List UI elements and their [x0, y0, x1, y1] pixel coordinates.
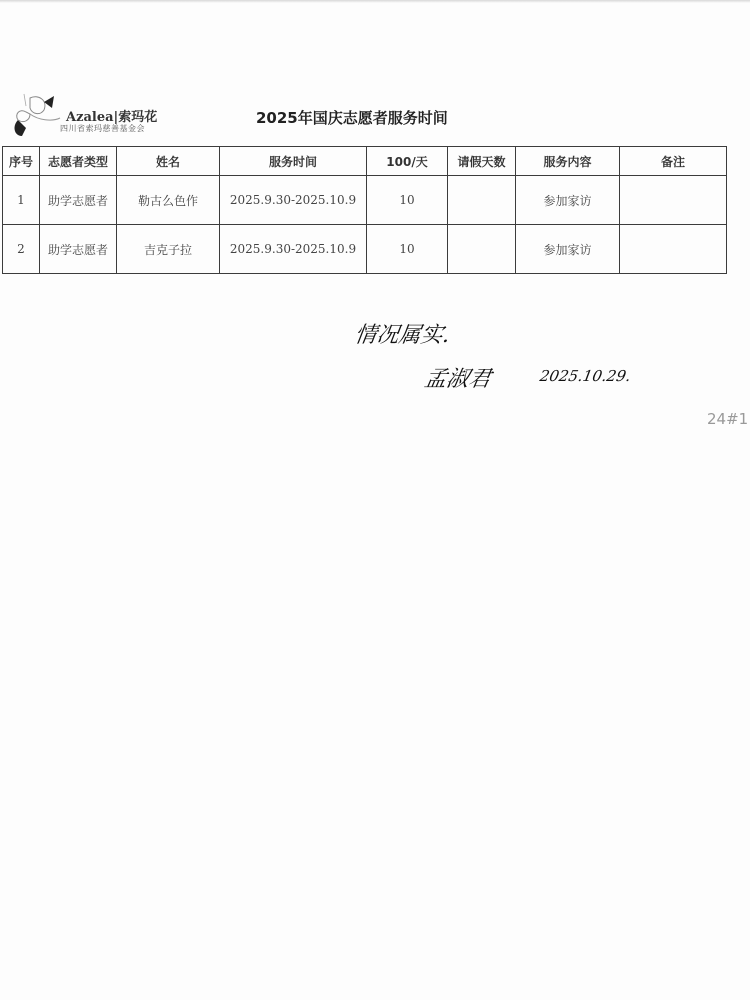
cell-index: 1: [3, 176, 40, 225]
header-leave-days: 请假天数: [448, 147, 516, 176]
foundation-logo: Azalea|索玛花 四川省索玛慈善基金会: [8, 92, 168, 140]
header-service-content: 服务内容: [516, 147, 620, 176]
cell-service-content: 参加家访: [516, 176, 620, 225]
cell-service-content: 参加家访: [516, 225, 620, 274]
header-rate-days: 100/天: [367, 147, 448, 176]
cell-volunteer-type: 助学志愿者: [40, 176, 117, 225]
cell-remarks: [620, 176, 727, 225]
header-volunteer-type: 志愿者类型: [40, 147, 117, 176]
document-title: 2025年国庆志愿者服务时间: [256, 107, 448, 128]
header-index: 序号: [3, 147, 40, 176]
cell-leave-days: [448, 225, 516, 274]
cell-leave-days: [448, 176, 516, 225]
cell-rate-days: 10: [367, 176, 448, 225]
table-row: 2 助学志愿者 吉克子拉 2025.9.30-2025.10.9 10 参加家访: [3, 225, 727, 274]
handwritten-date: 2025.10.29.: [538, 367, 632, 385]
azalea-flower-icon: [8, 92, 68, 140]
table-row: 1 助学志愿者 勒古么色作 2025.9.30-2025.10.9 10 参加家…: [3, 176, 727, 225]
table-header-row: 序号 志愿者类型 姓名 服务时间 100/天 请假天数 服务内容 备注: [3, 147, 727, 176]
header-remarks: 备注: [620, 147, 727, 176]
cell-service-period: 2025.9.30-2025.10.9: [220, 225, 367, 274]
cell-name: 勒古么色作: [117, 176, 220, 225]
pencil-mark: 24#1: [707, 410, 748, 428]
logo-subtitle: 四川省索玛慈善基金会: [60, 123, 145, 134]
cell-rate-days: 10: [367, 225, 448, 274]
handwritten-signature: 孟淑君: [422, 362, 493, 393]
volunteer-table: 序号 志愿者类型 姓名 服务时间 100/天 请假天数 服务内容 备注 1 助学…: [2, 146, 727, 274]
scan-edge: [0, 0, 750, 3]
cell-name: 吉克子拉: [117, 225, 220, 274]
handwritten-verification-note: 情况属实.: [353, 318, 452, 349]
cell-index: 2: [3, 225, 40, 274]
cell-service-period: 2025.9.30-2025.10.9: [220, 176, 367, 225]
header-name: 姓名: [117, 147, 220, 176]
cell-volunteer-type: 助学志愿者: [40, 225, 117, 274]
header-service-period: 服务时间: [220, 147, 367, 176]
cell-remarks: [620, 225, 727, 274]
